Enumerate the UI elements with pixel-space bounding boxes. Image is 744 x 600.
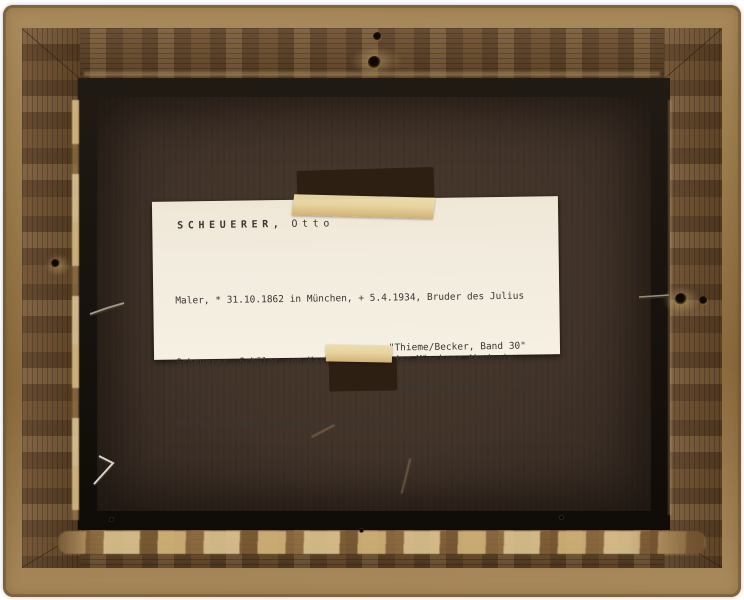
- tape-strip-top: [292, 194, 435, 218]
- tack-hole-bar-2: [359, 528, 364, 533]
- citation-source: "Thieme/Becker, Band 30": [389, 340, 526, 355]
- photo-frame-back: SCHEUERER,Otto Maler, * 31.10.1862 in Mü…: [0, 0, 744, 600]
- hanging-hole-top-small: [373, 32, 382, 41]
- label-bio-line-1: Maler, * 31.10.1862 in München, + 5.4.19…: [175, 287, 524, 312]
- tack-hole-bar-3: [559, 515, 564, 520]
- nail-hole-right-outer: [699, 296, 708, 305]
- nail-hole-left: [51, 259, 60, 268]
- citation-edition: (Nachdr. der Ausg. 1936): [389, 379, 526, 394]
- tape-residue-bottom: [329, 357, 398, 391]
- label-citation: "Thieme/Becker, Band 30" (Nachdr. der Au…: [388, 314, 527, 420]
- nail-hole-right-inner: [675, 293, 687, 305]
- artist-first-name: Otto: [291, 218, 334, 230]
- artist-label: SCHEUERER,Otto Maler, * 31.10.1862 in Mü…: [152, 196, 560, 360]
- tack-hole-bar-1: [109, 517, 114, 522]
- worn-rabbet-edge-bottom: [58, 531, 706, 554]
- hanging-hole-top-large: [368, 56, 381, 69]
- raw-wood-sliver-left: [72, 100, 79, 520]
- label-heading: SCHEUERER,Otto: [177, 218, 334, 231]
- artist-last-name: SCHEUERER,: [177, 219, 283, 231]
- tape-strip-bottom: [326, 344, 392, 362]
